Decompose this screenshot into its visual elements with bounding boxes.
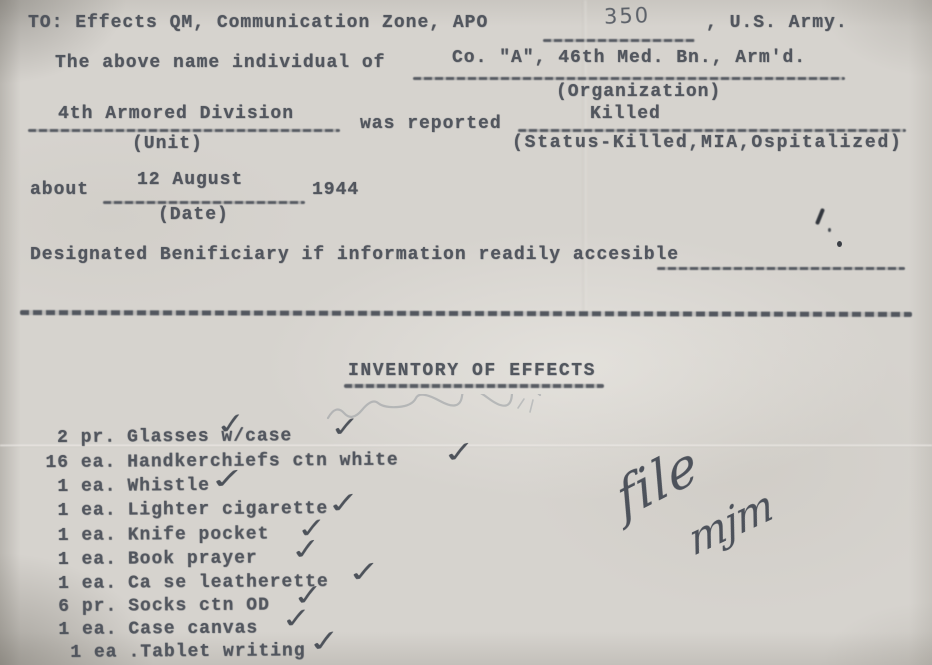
check-mark: ✓ (325, 488, 362, 519)
check-mark: ✓ (346, 557, 383, 588)
inventory-item: 1 ea.Case canvas (31, 619, 258, 641)
check-mark: ✓ (329, 413, 362, 442)
inventory-item: 1 ea.Tablet writing (31, 641, 305, 663)
inventory-item: 1 ea.Ca se leatherette (31, 572, 329, 594)
inventory-list: 2 pr.Glasses w/case 16 ea.Handkerchiefs … (0, 0, 932, 665)
check-mark: ✓ (213, 408, 249, 440)
inventory-item: 1 ea.Lighter cigarette (30, 499, 328, 521)
item-description: Case canvas (128, 619, 258, 640)
inventory-item: 1 ea.Knife pocket (31, 525, 270, 547)
item-quantity: 6 pr. (31, 597, 117, 618)
check-mark: ✓ (306, 625, 344, 658)
inventory-item: 6 pr.Socks ctn OD (31, 596, 270, 618)
check-mark: ✓ (288, 534, 324, 566)
inventory-item: 1 ea.Book prayer (31, 549, 258, 571)
item-description: Book prayer (128, 549, 258, 570)
item-quantity: 1 ea. (31, 620, 117, 641)
item-description: .Tablet writing (128, 641, 305, 662)
item-description: Glasses w/case (127, 426, 292, 447)
item-description: Socks ctn OD (128, 596, 270, 617)
item-quantity: 1 ea. (31, 550, 117, 571)
scanned-document: TO: Effects QM, Communication Zone, APO … (0, 0, 932, 665)
item-quantity: 1 ea. (30, 477, 116, 498)
check-mark: ✓ (441, 437, 479, 469)
inventory-item: 2 pr.Glasses w/case (30, 426, 292, 448)
item-description: Knife pocket (128, 525, 270, 546)
item-quantity: 2 pr. (30, 428, 116, 449)
inventory-item: 1 ea.Whistle (30, 476, 210, 497)
item-quantity: 1 ea. (31, 526, 117, 547)
item-quantity: 1 ea. (30, 501, 116, 522)
item-quantity: 1 ea (31, 643, 117, 664)
item-description: Handkerchiefs ctn white (127, 451, 399, 473)
item-quantity: 1 ea. (31, 574, 117, 595)
item-quantity: 16 ea. (30, 453, 116, 474)
check-mark: ✓ (208, 464, 247, 494)
item-description: Whistle (127, 476, 210, 497)
